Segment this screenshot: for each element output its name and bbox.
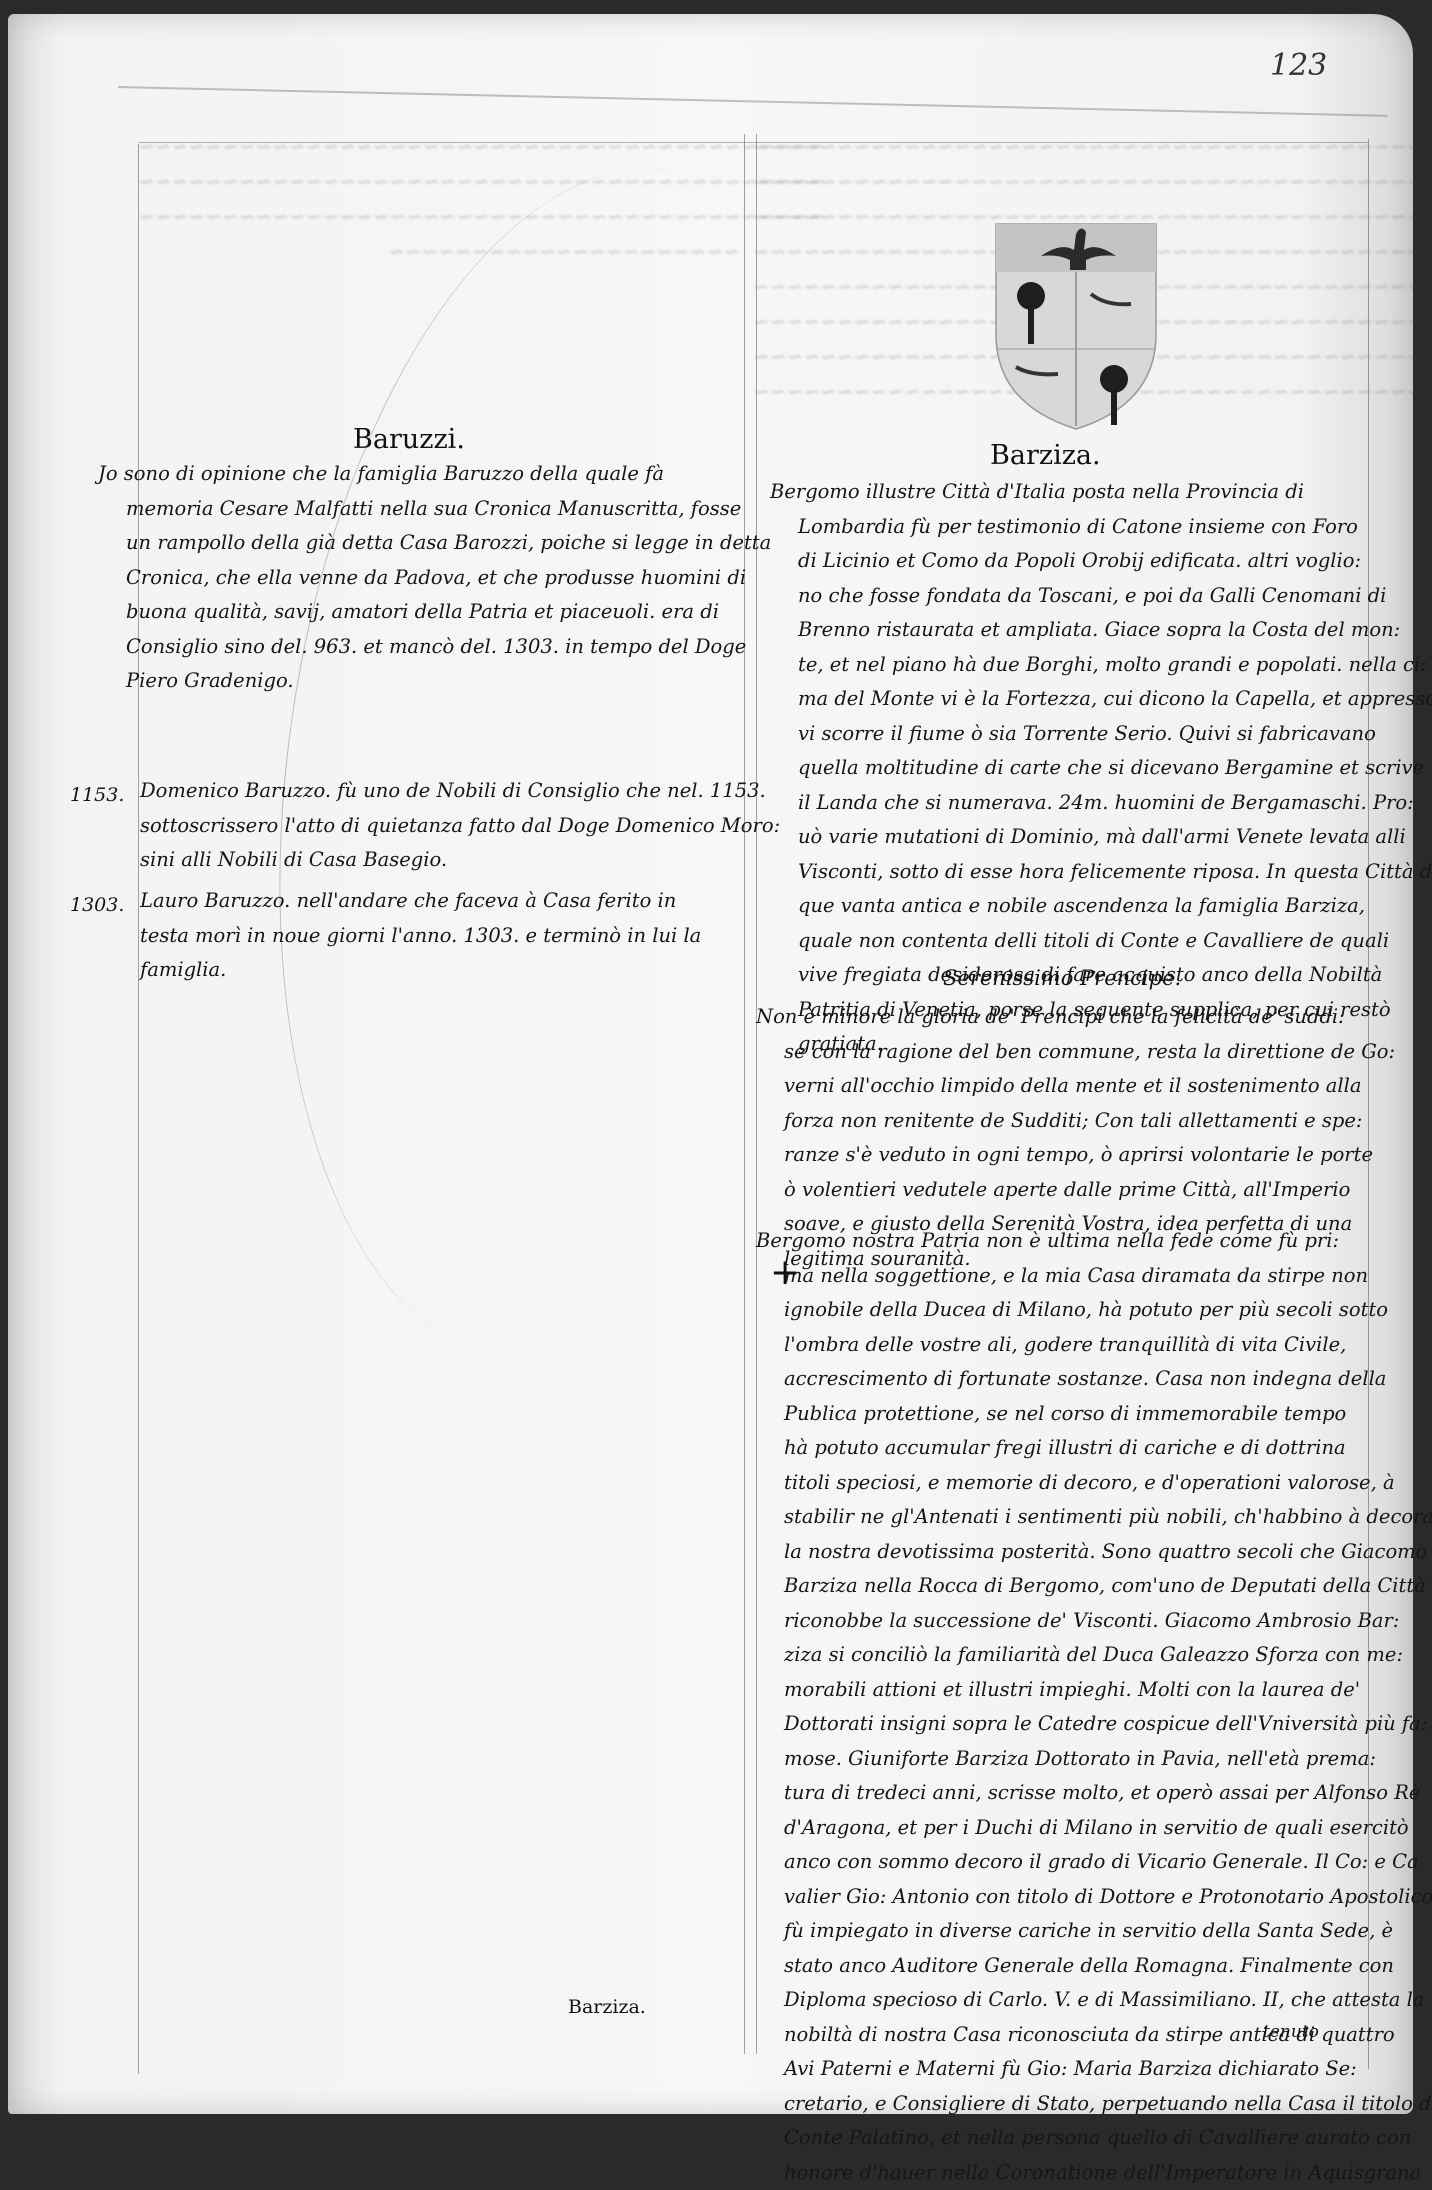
intro-lead-word: Jo: [98, 462, 118, 485]
right-column-heading: Barziza.: [990, 440, 1101, 471]
fold-line: [118, 86, 1388, 117]
text-line: tura di tredeci anni, scrisse molto, et …: [756, 1776, 1432, 1811]
text-line: famiglia.: [140, 953, 701, 988]
text-line: buona qualità, savij, amatori della Patr…: [98, 595, 771, 630]
text-line: testa morì in noue giorni l'anno. 1303. …: [140, 919, 701, 954]
salutation: Serenissimo Prencipe.: [943, 966, 1181, 990]
text-line: Brenno ristaurata et ampliata. Giace sop…: [770, 613, 1432, 648]
text-line: riconobbe la successione de' Visconti. G…: [756, 1604, 1432, 1639]
text-line: que vanta antica e nobile ascendenza la …: [770, 889, 1432, 924]
text-line: cretario, e Consigliere di Stato, perpet…: [756, 2087, 1432, 2119]
text-line: Piero Gradenigo.: [98, 664, 771, 699]
page-catchword: Barziza.: [568, 1996, 646, 2018]
domenico-baruzzo-entry: Domenico Baruzzo. fù uno de Nobili di Co…: [140, 774, 780, 878]
text-line: Avi Paterni e Materni fù Gio: Maria Barz…: [756, 2052, 1432, 2087]
text-line: la nostra devotissima posterità. Sono qu…: [756, 1535, 1432, 1570]
text-line: Lauro Baruzzo. nell'andare che faceva à …: [140, 884, 701, 919]
bleed-through-text: ~~~~~~~~~~~~~~~~~~~~~~~~~~~~~~~~~~~~~~~~…: [138, 164, 825, 198]
manuscript-page: ~~~~~~~~~~~~~~~~~~~~~~~~~~~~~~~~~~~~~~~~…: [8, 14, 1413, 2114]
text-line: morabili attioni et illustri impieghi. M…: [756, 1673, 1432, 1708]
text-line: Publica protettione, se nel corso di imm…: [756, 1397, 1432, 1432]
text-line: ziza si conciliò la familiarità del Duca…: [756, 1638, 1432, 1673]
folio-number: 123: [1270, 48, 1327, 83]
lauro-baruzzo-entry: Lauro Baruzzo. nell'andare che faceva à …: [140, 884, 701, 988]
text-line: sono di opinione che la famiglia Baruzzo…: [124, 462, 664, 485]
text-line: Bergomo nostra Patria non è ultima nella…: [756, 1224, 1432, 1259]
bleed-through-text: ~~~~~~~~~~~~~~~~~~~~~~~~~~~~~~~~~~~~~~~~…: [753, 129, 1432, 163]
text-line: quale non contenta delli titoli di Conte…: [770, 924, 1432, 959]
text-line: accrescimento di fortunate sostanze. Cas…: [756, 1362, 1432, 1397]
text-line: Barziza nella Rocca di Bergomo, com'uno …: [756, 1569, 1432, 1604]
text-line: no che fosse fondata da Toscani, e poi d…: [770, 579, 1432, 614]
text-line: hà potuto accumular fregi illustri di ca…: [756, 1431, 1432, 1466]
bleed-through-text: ~~~~~~~~~~~~~~~~~~~~~: [388, 234, 740, 268]
text-line: sottoscrissero l'atto di quietanza fatto…: [140, 809, 780, 844]
text-line: d'Aragona, et per i Duchi di Milano in s…: [756, 1811, 1432, 1846]
text-line: di Licinio et Como da Popoli Orobij edif…: [770, 544, 1432, 579]
text-line: se con la ragione del ben commune, resta…: [756, 1035, 1395, 1070]
text-line: stabilir ne gl'Antenati i sentimenti più…: [756, 1500, 1432, 1535]
text-line: sini alli Nobili di Casa Basegio.: [140, 843, 780, 878]
left-column-heading: Baruzzi.: [353, 424, 465, 455]
text-line: ma del Monte vi è la Fortezza, cui dicon…: [770, 682, 1432, 717]
text-line: forza non renitente de Sudditi; Con tali…: [756, 1104, 1395, 1139]
text-line: Domenico Baruzzo. fù uno de Nobili di Co…: [140, 774, 780, 809]
text-line: Lombardia fù per testimonio di Catone in…: [770, 510, 1432, 545]
text-line: mose. Giuniforte Barziza Dottorato in Pa…: [756, 1742, 1432, 1777]
coat-of-arms-icon: [986, 204, 1166, 434]
text-line: Diploma specioso di Carlo. V. e di Massi…: [756, 1983, 1432, 2018]
text-line: Cronica, che ella venne da Padova, et ch…: [98, 561, 771, 596]
text-line: quella moltitudine di carte che si dicev…: [770, 751, 1432, 786]
text-line: Non è minore la gloria de' Prencipi che …: [756, 1000, 1395, 1035]
text-line: nobiltà di nostra Casa riconosciuta da s…: [756, 2018, 1432, 2053]
text-line: il Landa che si numerava. 24m. huomini d…: [770, 786, 1432, 821]
text-line: un rampollo della già detta Casa Barozzi…: [98, 526, 771, 561]
right-column-catch-line: tenuto: [1263, 2022, 1319, 2042]
petition-paragraph-2: Bergomo nostra Patria non è ultima nella…: [756, 1224, 1432, 2118]
text-line: valier Gio: Antonio con titolo di Dottor…: [756, 1880, 1432, 1915]
text-line: ignobile della Ducea di Milano, hà potut…: [756, 1293, 1432, 1328]
left-margin-rule: [138, 144, 139, 2074]
text-line: fù impiegato in diverse cariche in servi…: [756, 1914, 1432, 1949]
text-line: Visconti, sotto di esse hora felicemente…: [770, 855, 1432, 890]
text-line: stato anco Auditore Generale della Romag…: [756, 1949, 1432, 1984]
text-line: Dottorati insigni sopra le Catedre cospi…: [756, 1707, 1432, 1742]
text-line: vi scorre il fiume ò sia Torrente Serio.…: [770, 717, 1432, 752]
bleed-through-text: ~~~~~~~~~~~~~~~~~~~~~~~~~~~~~~~~~~~~~~~~…: [138, 199, 825, 233]
entry-year-1303: 1303.: [70, 894, 124, 916]
text-line: ò volentieri vedutele aperte dalle prime…: [756, 1173, 1395, 1208]
text-line: uò varie mutationi di Dominio, mà dall'a…: [770, 820, 1432, 855]
text-line: l'ombra delle vostre ali, godere tranqui…: [756, 1328, 1432, 1363]
text-line: Consiglio sino del. 963. et mancò del. 1…: [98, 630, 771, 665]
text-line: ma nella soggettione, e la mia Casa dira…: [756, 1259, 1432, 1294]
text-line: te, et nel piano hà due Borghi, molto gr…: [770, 648, 1432, 683]
text-line: anco con sommo decoro il grado di Vicari…: [756, 1845, 1432, 1880]
text-line: titoli speciosi, e memorie di decoro, e …: [756, 1466, 1432, 1501]
text-line: verni all'occhio limpido della mente et …: [756, 1069, 1395, 1104]
bleed-through-text: ~~~~~~~~~~~~~~~~~~~~~~~~~~~~~~~~~~~~~~~~…: [753, 164, 1432, 198]
entry-year-1153: 1153.: [70, 784, 124, 806]
bleed-through-text: ~~~~~~~~~~~~~~~~~~~~~~~~~~~~~~~~~~~~~~~~…: [138, 129, 825, 163]
baruzzi-intro-paragraph: Jo sono di opinione che la famiglia Baru…: [98, 457, 771, 699]
text-line: Bergomo illustre Città d'Italia posta ne…: [770, 475, 1432, 510]
text-line: memoria Cesare Malfatti nella sua Cronic…: [98, 492, 771, 527]
text-line: ranze s'è veduto in ogni tempo, ò aprirs…: [756, 1138, 1395, 1173]
